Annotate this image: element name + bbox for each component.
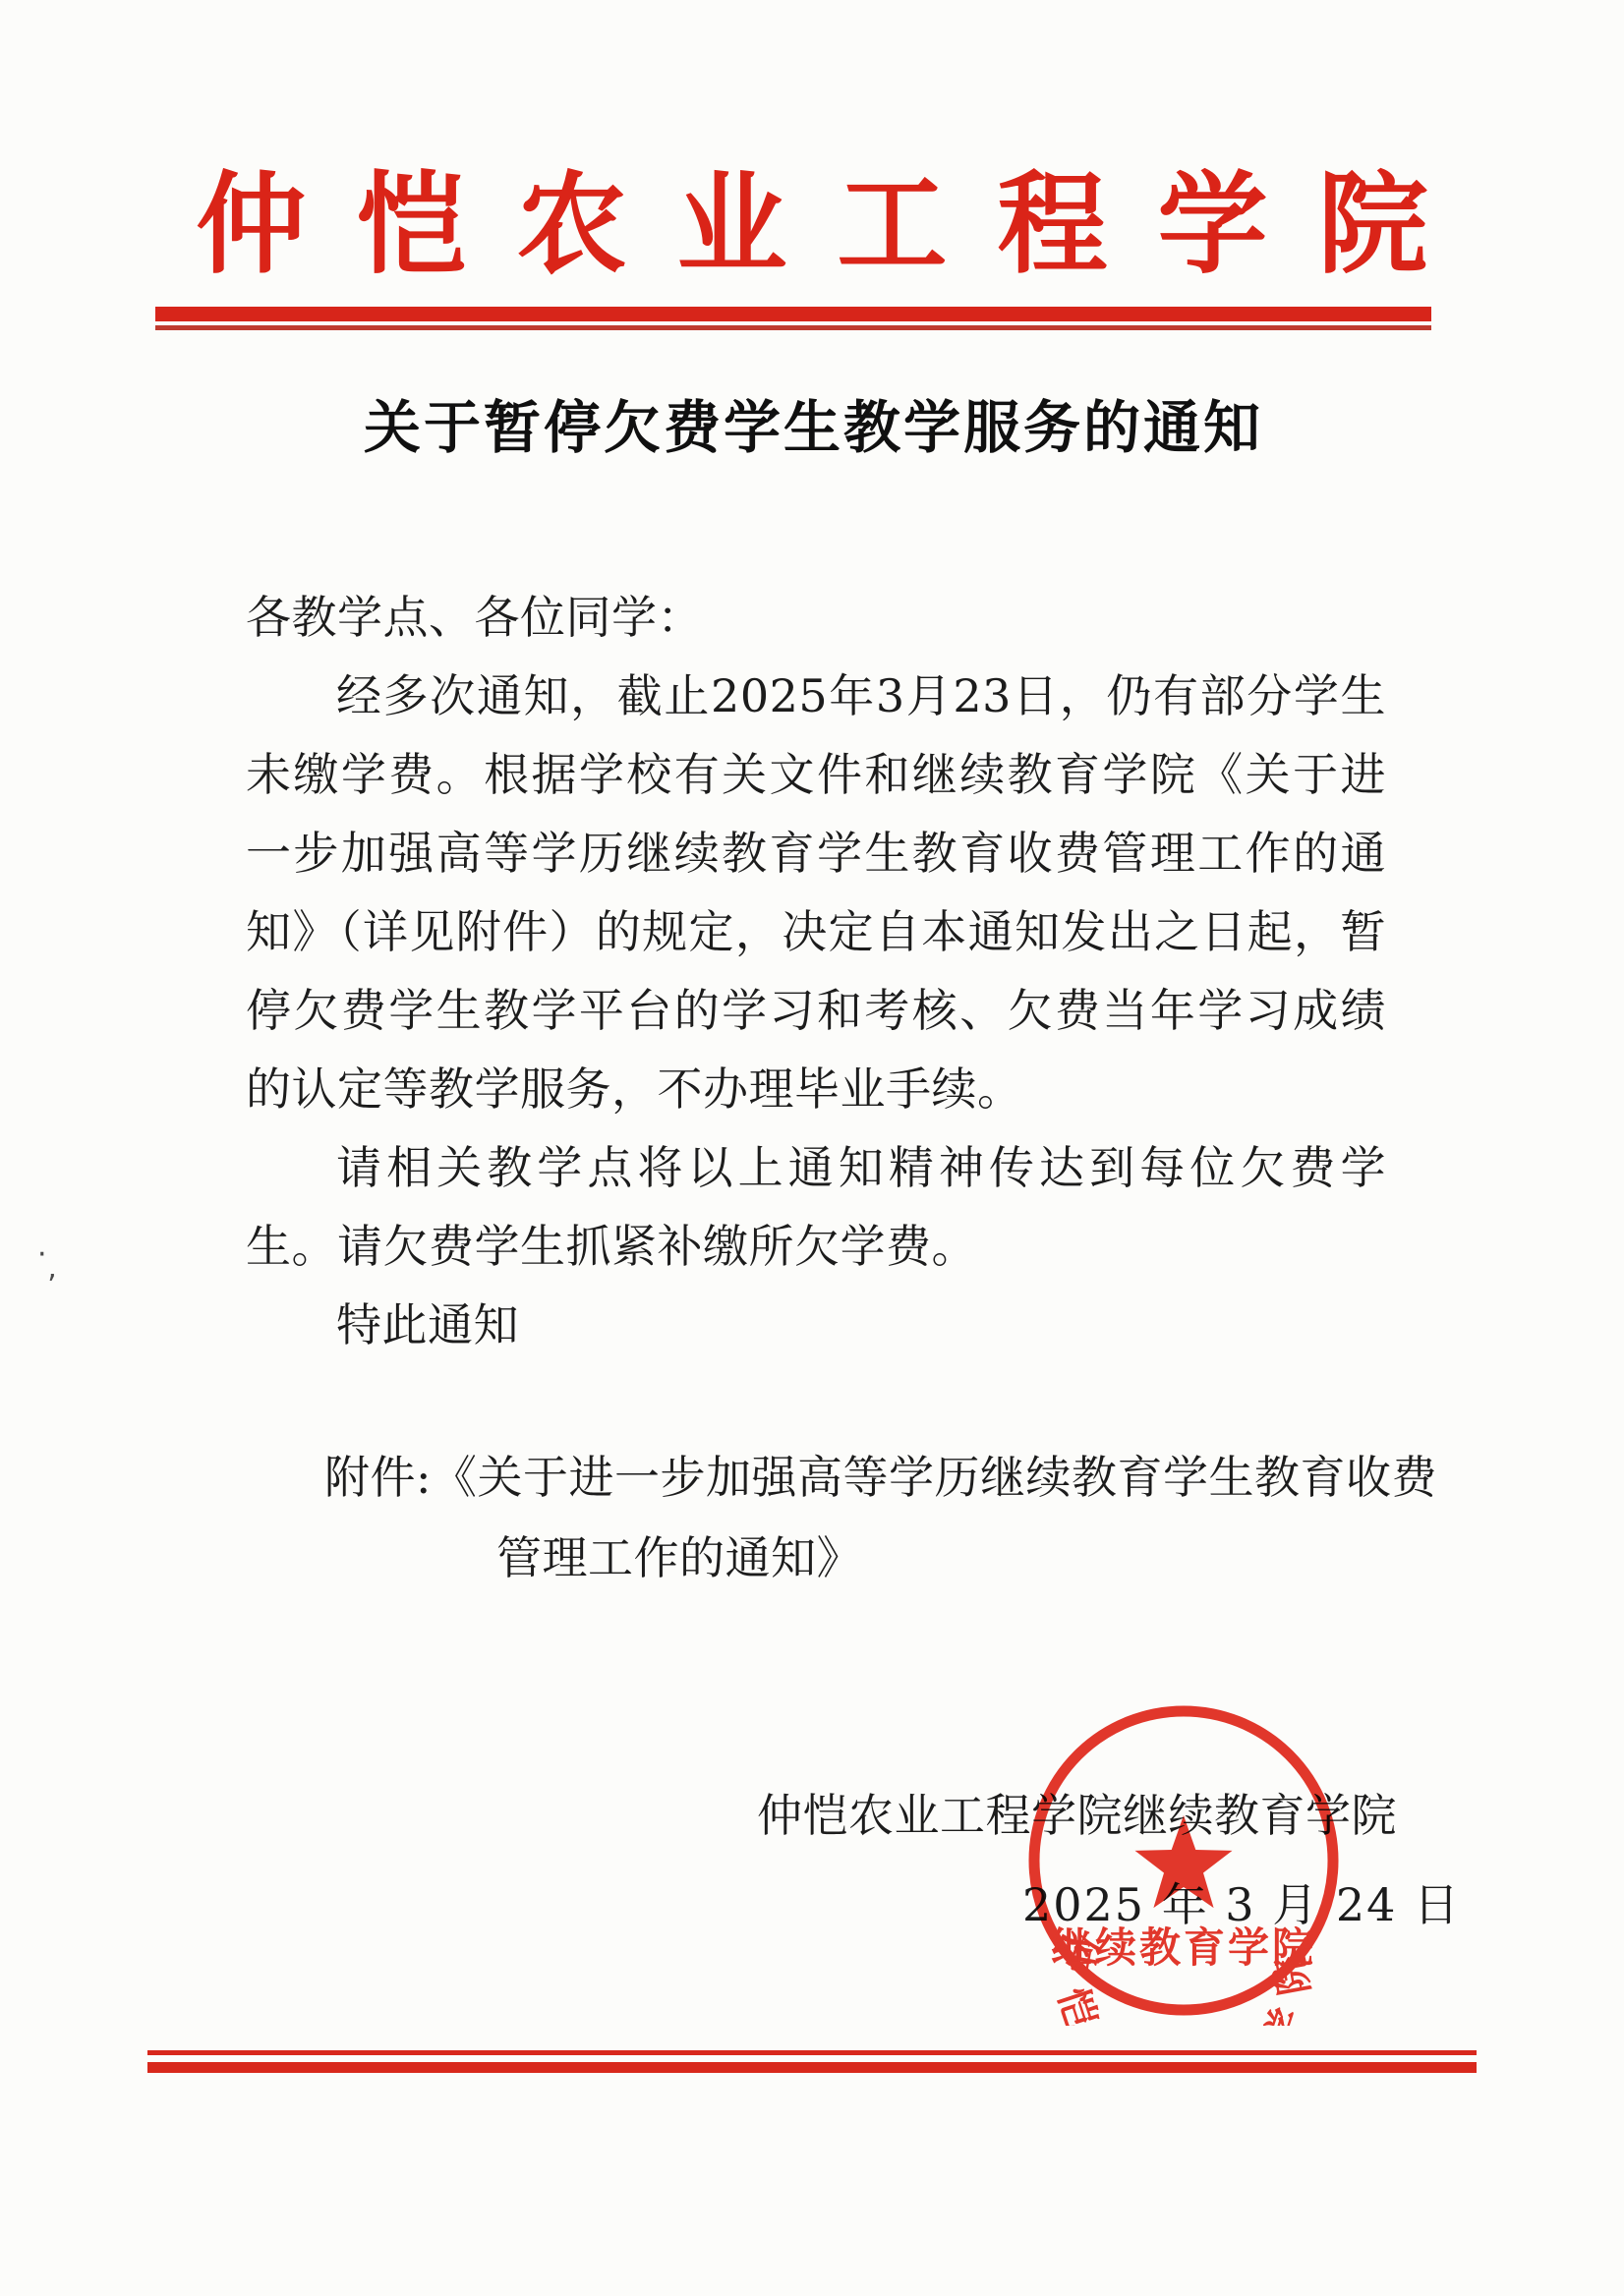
salutation: 各教学点、各位同学： bbox=[246, 578, 1386, 657]
scan-artifact: ʼ bbox=[47, 1272, 57, 1301]
scan-artifact: · bbox=[37, 1240, 47, 1270]
footer-rule-thick bbox=[147, 2062, 1477, 2073]
attachment-line-1: 附件:《关于进一步加强高等学历继续教育学生教育收费 bbox=[324, 1437, 1437, 1518]
attachment-reference: 附件:《关于进一步加强高等学历继续教育学生教育收费 管理工作的通知》 bbox=[324, 1437, 1437, 1598]
university-letterhead: 仲恺农业工程学院 bbox=[0, 165, 1624, 286]
seal-bottom-text: 继续教育学院 bbox=[1051, 1923, 1316, 1972]
letterhead-rule bbox=[155, 307, 1431, 330]
body-paragraph: 请相关教学点将以上通知精神传达到每位欠费学生。请欠费学生抓紧补缴所欠学费。 bbox=[246, 1128, 1386, 1286]
attachment-line-2: 管理工作的通知》 bbox=[496, 1518, 1437, 1598]
red-star-icon bbox=[1135, 1815, 1233, 1908]
footer-rule bbox=[147, 2050, 1477, 2073]
official-seal: 仲恺农业工程学院 继续教育学院 bbox=[1016, 1692, 1351, 2026]
body-paragraph: 经多次通知，截止2025年3月23日，仍有部分学生未缴学费。根据学校有关文件和继… bbox=[246, 657, 1386, 1128]
letterhead-rule-thick bbox=[155, 307, 1431, 321]
document-title: 关于暂停欠费学生教学服务的通知 bbox=[0, 381, 1624, 464]
closing-line: 特此通知 bbox=[246, 1286, 1386, 1364]
letterhead-rule-thin bbox=[155, 325, 1431, 330]
notice-body: 各教学点、各位同学： 经多次通知，截止2025年3月23日，仍有部分学生未缴学费… bbox=[246, 578, 1386, 1364]
scanned-notice-page: 仲恺农业工程学院 关于暂停欠费学生教学服务的通知 各教学点、各位同学： 经多次通… bbox=[0, 0, 1624, 2296]
